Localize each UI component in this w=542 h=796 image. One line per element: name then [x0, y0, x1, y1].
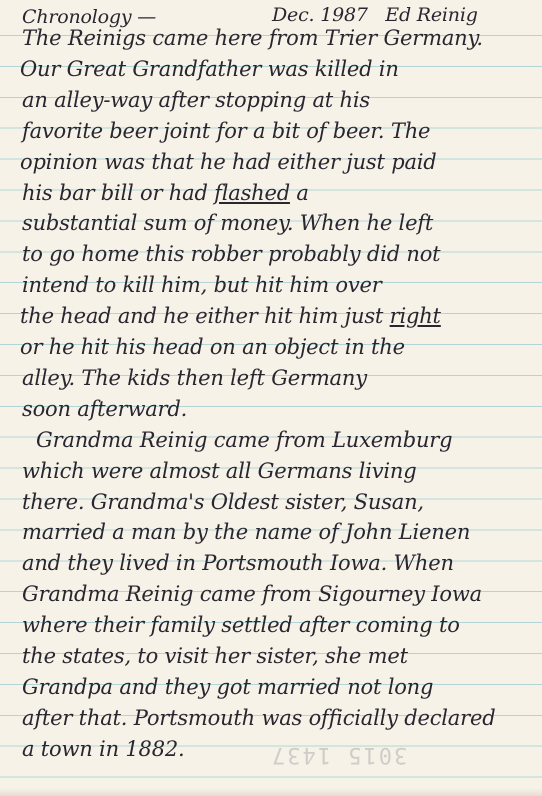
underlined-word: right: [390, 304, 441, 328]
text-line: intend to kill him, but hit him over: [22, 270, 382, 300]
text-line: married a man by the name of John Lienen: [22, 517, 470, 547]
text-line: and they lived in Portsmouth Iowa. When: [22, 548, 454, 578]
underlined-word: flashed: [214, 181, 290, 205]
text-line: after that. Portsmouth was officially de…: [22, 703, 495, 733]
text-line: a town in 1882.: [22, 734, 185, 764]
lined-paper-page: 3015 1437 Chronology — Dec. 1987 Ed Rein…: [0, 0, 542, 796]
text-line: Grandma Reinig came from Sigourney Iowa: [22, 579, 482, 609]
text-line: an alley-way after stopping at his: [22, 85, 370, 115]
bleed-through-stamp: 3015 1437: [270, 742, 407, 767]
text-line: substantial sum of money. When he left: [22, 208, 433, 238]
text-line: where their family settled after coming …: [22, 610, 460, 640]
text-line: soon afterward.: [22, 394, 187, 424]
text-line: the head and he either hit him just righ…: [20, 301, 441, 331]
text-line: Grandpa and they got married not long: [22, 672, 433, 702]
text-line: The Reinigs came here from Trier Germany…: [22, 23, 483, 53]
text-line: there. Grandma's Oldest sister, Susan,: [22, 487, 424, 517]
text-line: Our Great Grandfather was killed in: [20, 54, 399, 84]
text-line: to go home this robber probably did not: [22, 239, 440, 269]
text-line: favorite beer joint for a bit of beer. T…: [22, 116, 430, 146]
text-line: which were almost all Germans living: [22, 456, 416, 486]
text-line: the states, to visit her sister, she met: [22, 641, 408, 671]
text-line: his bar bill or had flashed a: [22, 178, 309, 208]
text-line: Grandma Reinig came from Luxemburg: [36, 425, 452, 455]
text-line: or he hit his head on an object in the: [20, 332, 405, 362]
text-line: opinion was that he had either just paid: [20, 147, 437, 177]
text-line: alley. The kids then left Germany: [22, 363, 367, 393]
